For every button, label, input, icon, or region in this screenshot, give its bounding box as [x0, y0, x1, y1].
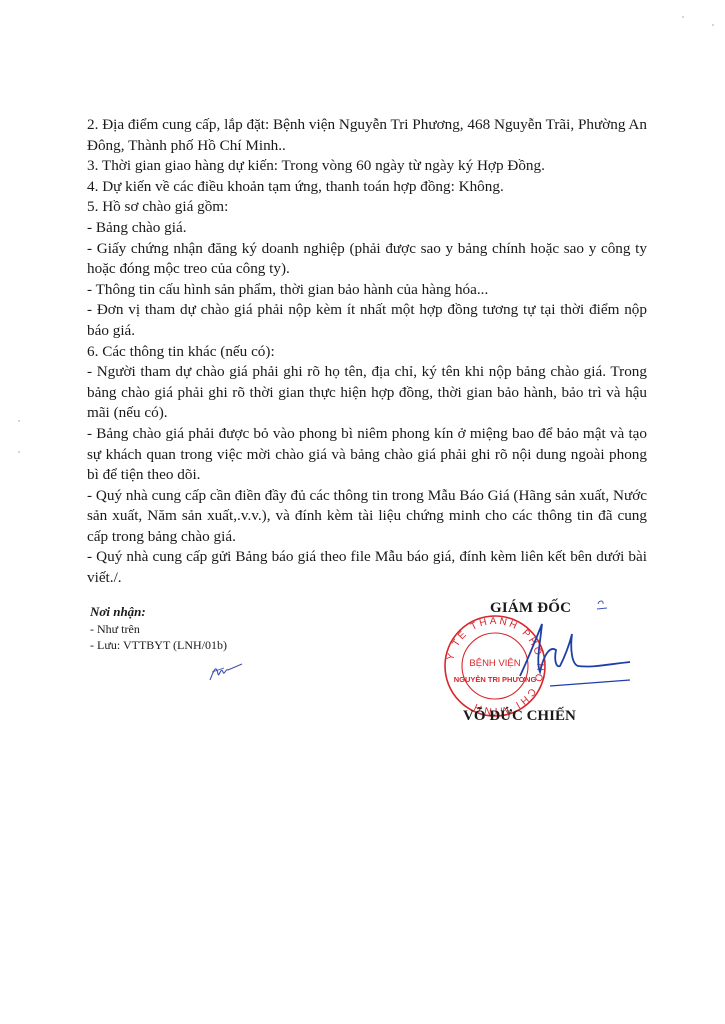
recipient-item: - Lưu: VTTBYT (LNH/01b)	[90, 637, 227, 654]
paragraph-other-item-form: - Quý nhà cung cấp cần điền đầy đủ các t…	[87, 486, 647, 548]
recipients-title: Nơi nhận:	[90, 604, 227, 621]
signature-block: GIÁM ĐỐC Y TẾ THÀNH PHỐ HỒ CHÍ MINH BỆNH…	[440, 596, 630, 736]
paragraph-dossier-item-license: - Giấy chứng nhận đăng ký doanh nghiệp (…	[87, 239, 647, 280]
recipient-item: - Như trên	[90, 621, 227, 638]
paragraph-other-item-envelope: - Bảng chào giá phải được bỏ vào phong b…	[87, 424, 647, 486]
paragraph-dossier-item-config: - Thông tin cấu hình sản phẩm, thời gian…	[87, 280, 647, 301]
paragraph-dossier-heading: 5. Hồ sơ chào giá gồm:	[87, 197, 647, 218]
scan-speck	[682, 16, 684, 18]
director-name: VÕ ĐỨC CHIẾN	[463, 708, 576, 725]
paragraph-dossier-item-contract: - Đơn vị tham dự chào giá phải nộp kèm í…	[87, 300, 647, 341]
paragraph-other-heading: 6. Các thông tin khác (nếu có):	[87, 342, 647, 363]
paragraph-payment-terms: 4. Dự kiến về các điều khoản tạm ứng, th…	[87, 177, 647, 198]
paragraph-other-item-submit: - Quý nhà cung cấp gửi Bảng báo giá theo…	[87, 547, 647, 588]
scan-speck	[18, 420, 20, 422]
initial-signature-icon	[206, 660, 246, 689]
scan-speck	[712, 24, 714, 26]
director-signature-icon	[510, 614, 635, 699]
paragraph-dossier-item-quote: - Bảng chào giá.	[87, 218, 647, 239]
scan-speck	[18, 451, 20, 453]
recipients-block: Nơi nhận: - Như trên - Lưu: VTTBYT (LNH/…	[87, 604, 227, 654]
paragraph-delivery-time: 3. Thời gian giao hàng dự kiến: Trong vò…	[87, 156, 647, 177]
document-body: 2. Địa điểm cung cấp, lắp đặt: Bệnh viện…	[87, 115, 647, 589]
paragraph-delivery-location: 2. Địa điểm cung cấp, lắp đặt: Bệnh viện…	[87, 115, 647, 156]
paragraph-other-item-name: - Người tham dự chào giá phải ghi rõ họ …	[87, 362, 647, 424]
